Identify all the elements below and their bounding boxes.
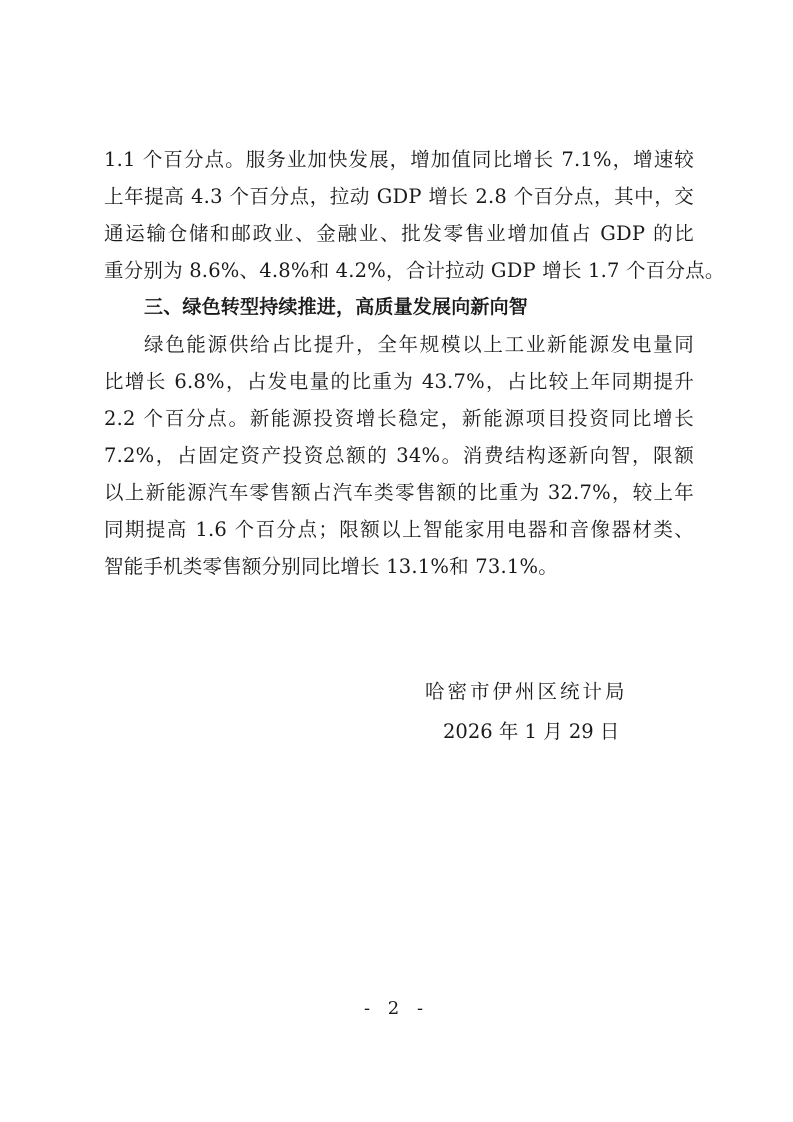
signature-date: 2026 年 1 月 29 日 (443, 716, 619, 744)
paragraph-line: 比增长 6.8%，占发电量的比重为 43.7%，占比较上年同期提升 (104, 363, 694, 400)
page-number: - 2 - (0, 998, 793, 1019)
paragraph-line: 重分别为 8.6%、4.8%和 4.2%，合计拉动 GDP 增长 1.7 个百分… (104, 252, 694, 289)
signature-organization: 哈密市伊州区统计局 (425, 676, 628, 704)
document-page: 1.1 个百分点。服务业加快发展，增加值同比增长 7.1%，增速较 上年提高 4… (0, 0, 793, 1122)
paragraph-line: 同期提高 1.6 个百分点；限额以上智能家用电器和音像器材类、 (104, 511, 694, 548)
paragraph-line: 通运输仓储和邮政业、金融业、批发零售业增加值占 GDP 的比 (104, 215, 694, 252)
paragraph-line: 智能手机类零售额分别同比增长 13.1%和 73.1%。 (104, 548, 694, 585)
paragraph-line: 7.2%，占固定资产投资总额的 34%。消费结构逐新向智，限额 (104, 437, 694, 474)
section-heading: 三、绿色转型持续推进，高质量发展向新向智 (104, 289, 694, 326)
paragraph-line: 2.2 个百分点。新能源投资增长稳定，新能源项目投资同比增长 (104, 400, 694, 437)
paragraph-line: 上年提高 4.3 个百分点，拉动 GDP 增长 2.8 个百分点，其中，交 (104, 178, 694, 215)
paragraph-line: 1.1 个百分点。服务业加快发展，增加值同比增长 7.1%，增速较 (104, 141, 694, 178)
paragraph-line: 绿色能源供给占比提升，全年规模以上工业新能源发电量同 (104, 326, 694, 363)
body-text: 1.1 个百分点。服务业加快发展，增加值同比增长 7.1%，增速较 上年提高 4… (104, 141, 694, 585)
paragraph-line: 以上新能源汽车零售额占汽车类零售额的比重为 32.7%，较上年 (104, 474, 694, 511)
